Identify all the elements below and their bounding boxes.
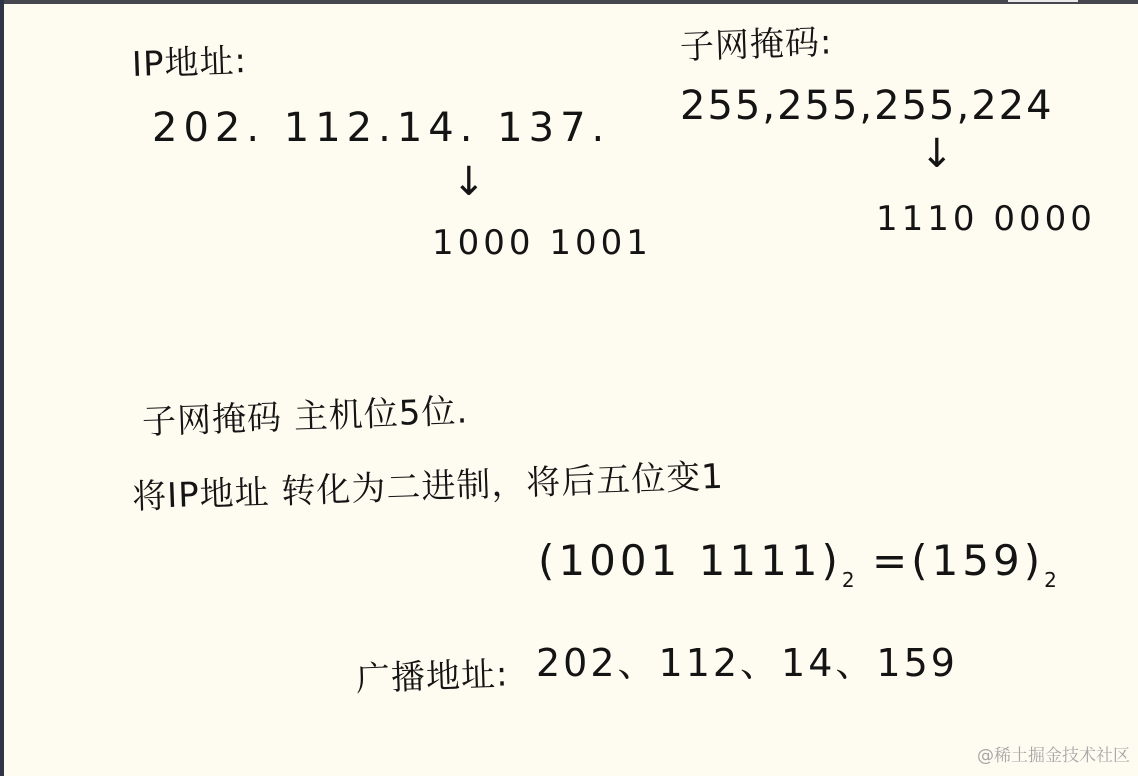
window-top-tab-indicator: [1008, 0, 1078, 2]
decimal-result: =(159): [855, 536, 1044, 585]
subnet-mask-value: 255,255,255,224: [680, 86, 1054, 126]
handwritten-note-canvas: IP地址: 202. 112.14. 137. ↓ 1000 1001 子网掩码…: [4, 4, 1138, 776]
binary-base-subscript: 2: [842, 568, 855, 592]
ip-address-value: 202. 112.14. 137.: [152, 108, 610, 148]
explanation-host-bits: 子网掩码 主机位5位.: [142, 394, 469, 439]
broadcast-address-value: 202、112、14、159: [536, 644, 958, 682]
result-base-subscript: 2: [1044, 568, 1057, 592]
watermark: @稀土掘金技术社区: [977, 741, 1130, 766]
binary-to-decimal-calculation: (1001 1111)2 =(159)2: [538, 540, 1057, 590]
mask-down-arrow-icon: ↓: [920, 134, 955, 174]
ip-address-label: IP地址:: [131, 44, 247, 82]
ip-last-octet-binary: 1000 1001: [432, 226, 652, 260]
broadcast-address-label: 广播地址:: [355, 657, 509, 696]
explanation-conversion: 将IP地址 转化为二进制，将后五位变1: [132, 460, 725, 515]
binary-value: (1001 1111): [538, 536, 842, 585]
ip-down-arrow-icon: ↓: [452, 162, 487, 202]
subnet-mask-label: 子网掩码:: [679, 25, 833, 64]
mask-last-octet-binary: 1110 0000: [876, 202, 1096, 236]
